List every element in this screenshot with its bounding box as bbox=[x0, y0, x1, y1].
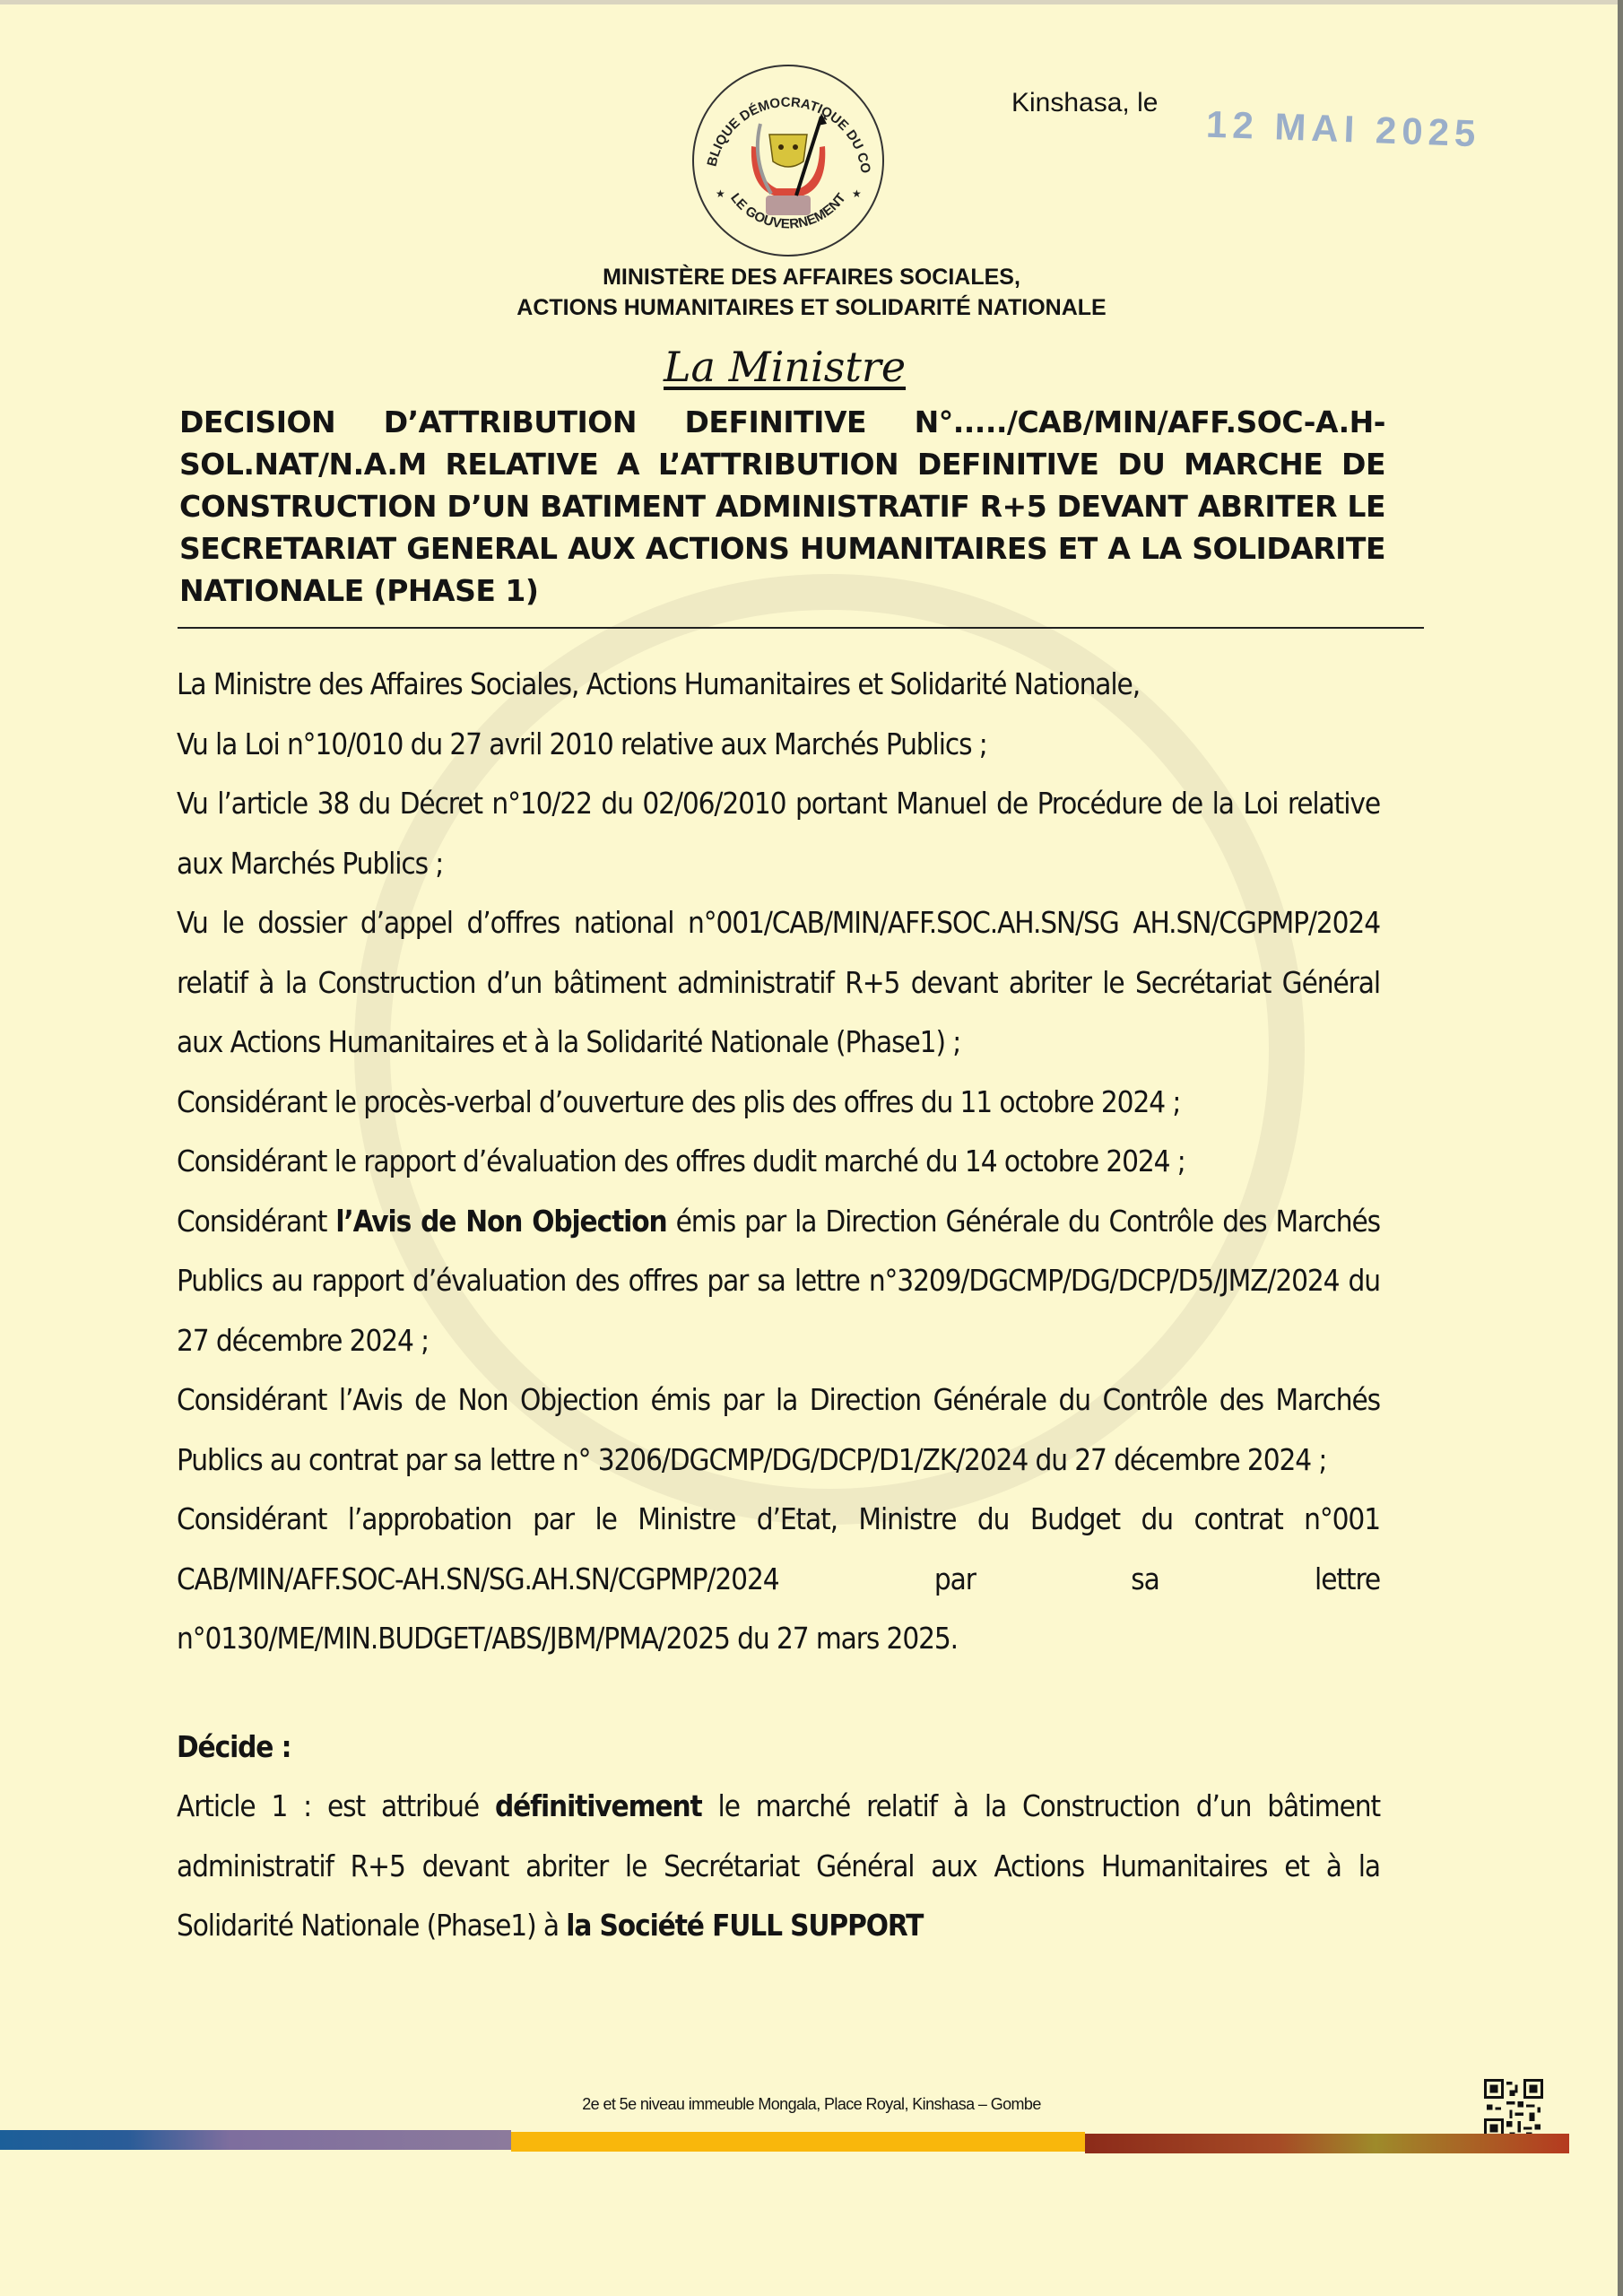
consideration-5: Considérant le rapport d’évaluation des … bbox=[177, 1132, 1380, 1192]
avis-non-objection-1: Considérant l’Avis de Non Objection émis… bbox=[177, 1192, 1380, 1371]
consideration-4: Considérant le procès-verbal d’ouverture… bbox=[177, 1073, 1380, 1133]
consideration-2: Vu l’article 38 du Décret n°10/22 du 02/… bbox=[177, 774, 1380, 893]
decision-body: La Ministre des Affaires Sociales, Actio… bbox=[177, 655, 1380, 1956]
approbation-paragraph: Considérant l’approbation par le Ministr… bbox=[177, 1490, 1380, 1669]
band-blue bbox=[0, 2130, 511, 2150]
ministry-line-1: MINISTÈRE DES AFFAIRES SOCIALES, bbox=[0, 262, 1623, 292]
ministry-line-2: ACTIONS HUMANITAIRES ET SOLIDARITÉ NATIO… bbox=[0, 292, 1623, 323]
footer-address: 2e et 5e niveau immeuble Mongala, Place … bbox=[0, 2095, 1623, 2114]
svg-text:★: ★ bbox=[852, 187, 862, 200]
title-divider bbox=[178, 627, 1424, 629]
band-red bbox=[1085, 2134, 1569, 2153]
place-date-label: Kinshasa, le bbox=[1011, 88, 1158, 118]
decision-title: DECISION D’ATTRIBUTION DEFINITIVE N°....… bbox=[179, 401, 1385, 612]
article1-bold-2: la Société FULL SUPPORT bbox=[566, 1908, 923, 1943]
intro-paragraph: La Ministre des Affaires Sociales, Actio… bbox=[177, 655, 1380, 715]
avis-non-objection-2: Considérant l’Avis de Non Objection émis… bbox=[177, 1370, 1380, 1490]
avis1-bold: l’Avis de Non Objection bbox=[335, 1204, 666, 1239]
svg-text:★: ★ bbox=[716, 187, 725, 200]
decide-heading: Décide : bbox=[177, 1718, 1380, 1778]
signatory-heading: La Ministre bbox=[664, 343, 906, 391]
tricolor-footer-band bbox=[0, 2130, 1569, 2150]
drc-coat-of-arms-icon: RÉPUBLIQUE DÉMOCRATIQUE DU CONGO LE GOUV… bbox=[689, 61, 888, 260]
avis1-prefix: Considérant bbox=[177, 1204, 335, 1239]
band-yellow bbox=[511, 2132, 1085, 2152]
ministry-heading: MINISTÈRE DES AFFAIRES SOCIALES, ACTIONS… bbox=[0, 262, 1623, 323]
consideration-1: Vu la Loi n°10/010 du 27 avril 2010 rela… bbox=[177, 715, 1380, 775]
article-1: Article 1 : est attribué définitivement … bbox=[177, 1777, 1380, 1956]
article1-bold-1: définitivement bbox=[495, 1788, 702, 1823]
page-edge bbox=[0, 0, 1623, 4]
consideration-3: Vu le dossier d’appel d’offres national … bbox=[177, 893, 1380, 1073]
date-stamp: 12 MAI 2025 bbox=[1205, 103, 1481, 156]
page-edge bbox=[1618, 0, 1623, 2296]
decide-label: Décide : bbox=[177, 1729, 291, 1764]
article1-prefix: Article 1 : est attribué bbox=[177, 1788, 495, 1823]
